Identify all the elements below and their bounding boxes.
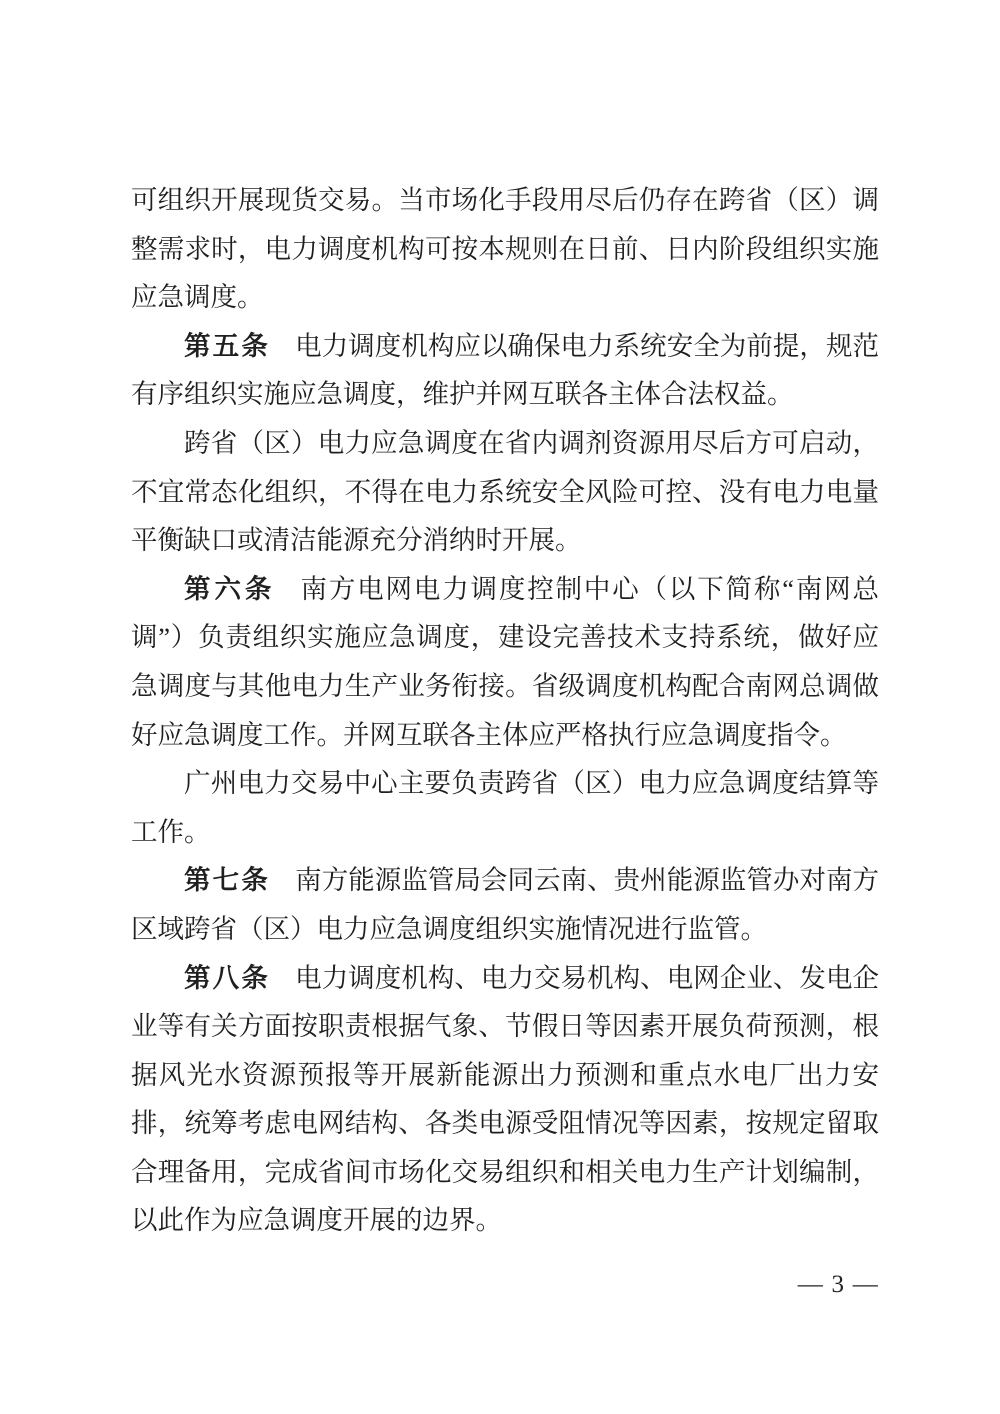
article-number: 第五条 xyxy=(184,331,270,361)
article-number: 第六条 xyxy=(184,574,275,604)
paragraph-text: 可组织开展现货交易。当市场化手段用尽后仍存在跨省（区）调整需求时，电力调度机构可… xyxy=(131,185,879,312)
paragraph-text: 跨省（区）电力应急调度在省内调剂资源用尽后方可启动，不宜常态化组织，不得在电力系… xyxy=(131,428,879,555)
paragraph: 第八条电力调度机构、电力交易机构、电网企业、发电企业等有关方面按职责根据气象、节… xyxy=(131,954,879,1246)
document-body: 可组织开展现货交易。当市场化手段用尽后仍存在跨省（区）调整需求时，电力调度机构可… xyxy=(131,176,879,1245)
page-number: — 3 — xyxy=(798,1271,879,1299)
article-number: 第八条 xyxy=(184,963,270,993)
page-number-label: — 3 — xyxy=(798,1271,879,1298)
paragraph: 第五条电力调度机构应以确保电力系统安全为前提，规范有序组织实施应急调度，维护并网… xyxy=(131,322,879,419)
paragraph: 可组织开展现货交易。当市场化手段用尽后仍存在跨省（区）调整需求时，电力调度机构可… xyxy=(131,176,879,322)
article-number: 第七条 xyxy=(184,865,270,895)
document-page: 可组织开展现货交易。当市场化手段用尽后仍存在跨省（区）调整需求时，电力调度机构可… xyxy=(0,0,1000,1414)
paragraph: 广州电力交易中心主要负责跨省（区）电力应急调度结算等工作。 xyxy=(131,759,879,856)
paragraph: 第七条南方能源监管局会同云南、贵州能源监管办对南方区域跨省（区）电力应急调度组织… xyxy=(131,856,879,953)
paragraph: 第六条南方电网电力调度控制中心（以下简称“南网总调”）负责组织实施应急调度，建设… xyxy=(131,565,879,759)
paragraph-text: 电力调度机构、电力交易机构、电网企业、发电企业等有关方面按职责根据气象、节假日等… xyxy=(131,963,879,1236)
paragraph-text: 广州电力交易中心主要负责跨省（区）电力应急调度结算等工作。 xyxy=(131,768,879,847)
paragraph: 跨省（区）电力应急调度在省内调剂资源用尽后方可启动，不宜常态化组织，不得在电力系… xyxy=(131,419,879,565)
